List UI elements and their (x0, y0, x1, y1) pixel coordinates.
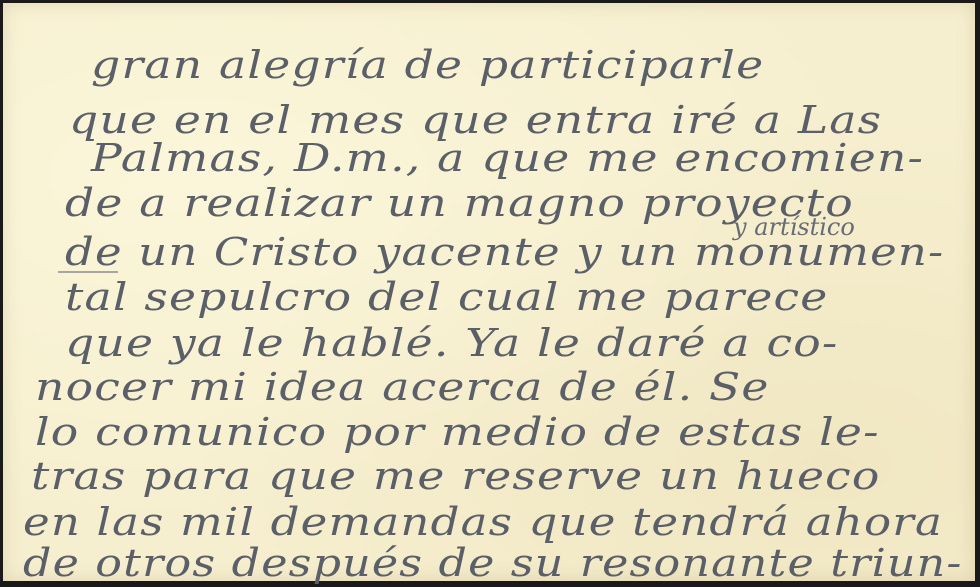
text-line-10: tras para que me reserve un hueco (31, 454, 881, 498)
postcard: gran alegría de participarle que en el m… (3, 3, 975, 581)
text-line-12: de otros después de su resonante triun- (23, 541, 963, 585)
text-line-1: gran alegría de participarle (91, 43, 764, 87)
text-line-5: de un Cristo yacente y un monumen- (65, 230, 944, 274)
text-line-8: nocer mi idea acerca de él. Se (35, 365, 770, 409)
text-line-3: Palmas, D.m., a que me encomien- (91, 136, 924, 180)
underline-mark (58, 271, 118, 273)
text-line-9: lo comunico por medio de estas le- (35, 410, 880, 454)
text-line-6: tal sepulcro del cual me parece (65, 275, 828, 319)
text-line-7: que ya le hablé. Ya le daré a co- (65, 321, 839, 365)
text-line-11: en las mil demandas que tendrá ahora (23, 500, 943, 544)
